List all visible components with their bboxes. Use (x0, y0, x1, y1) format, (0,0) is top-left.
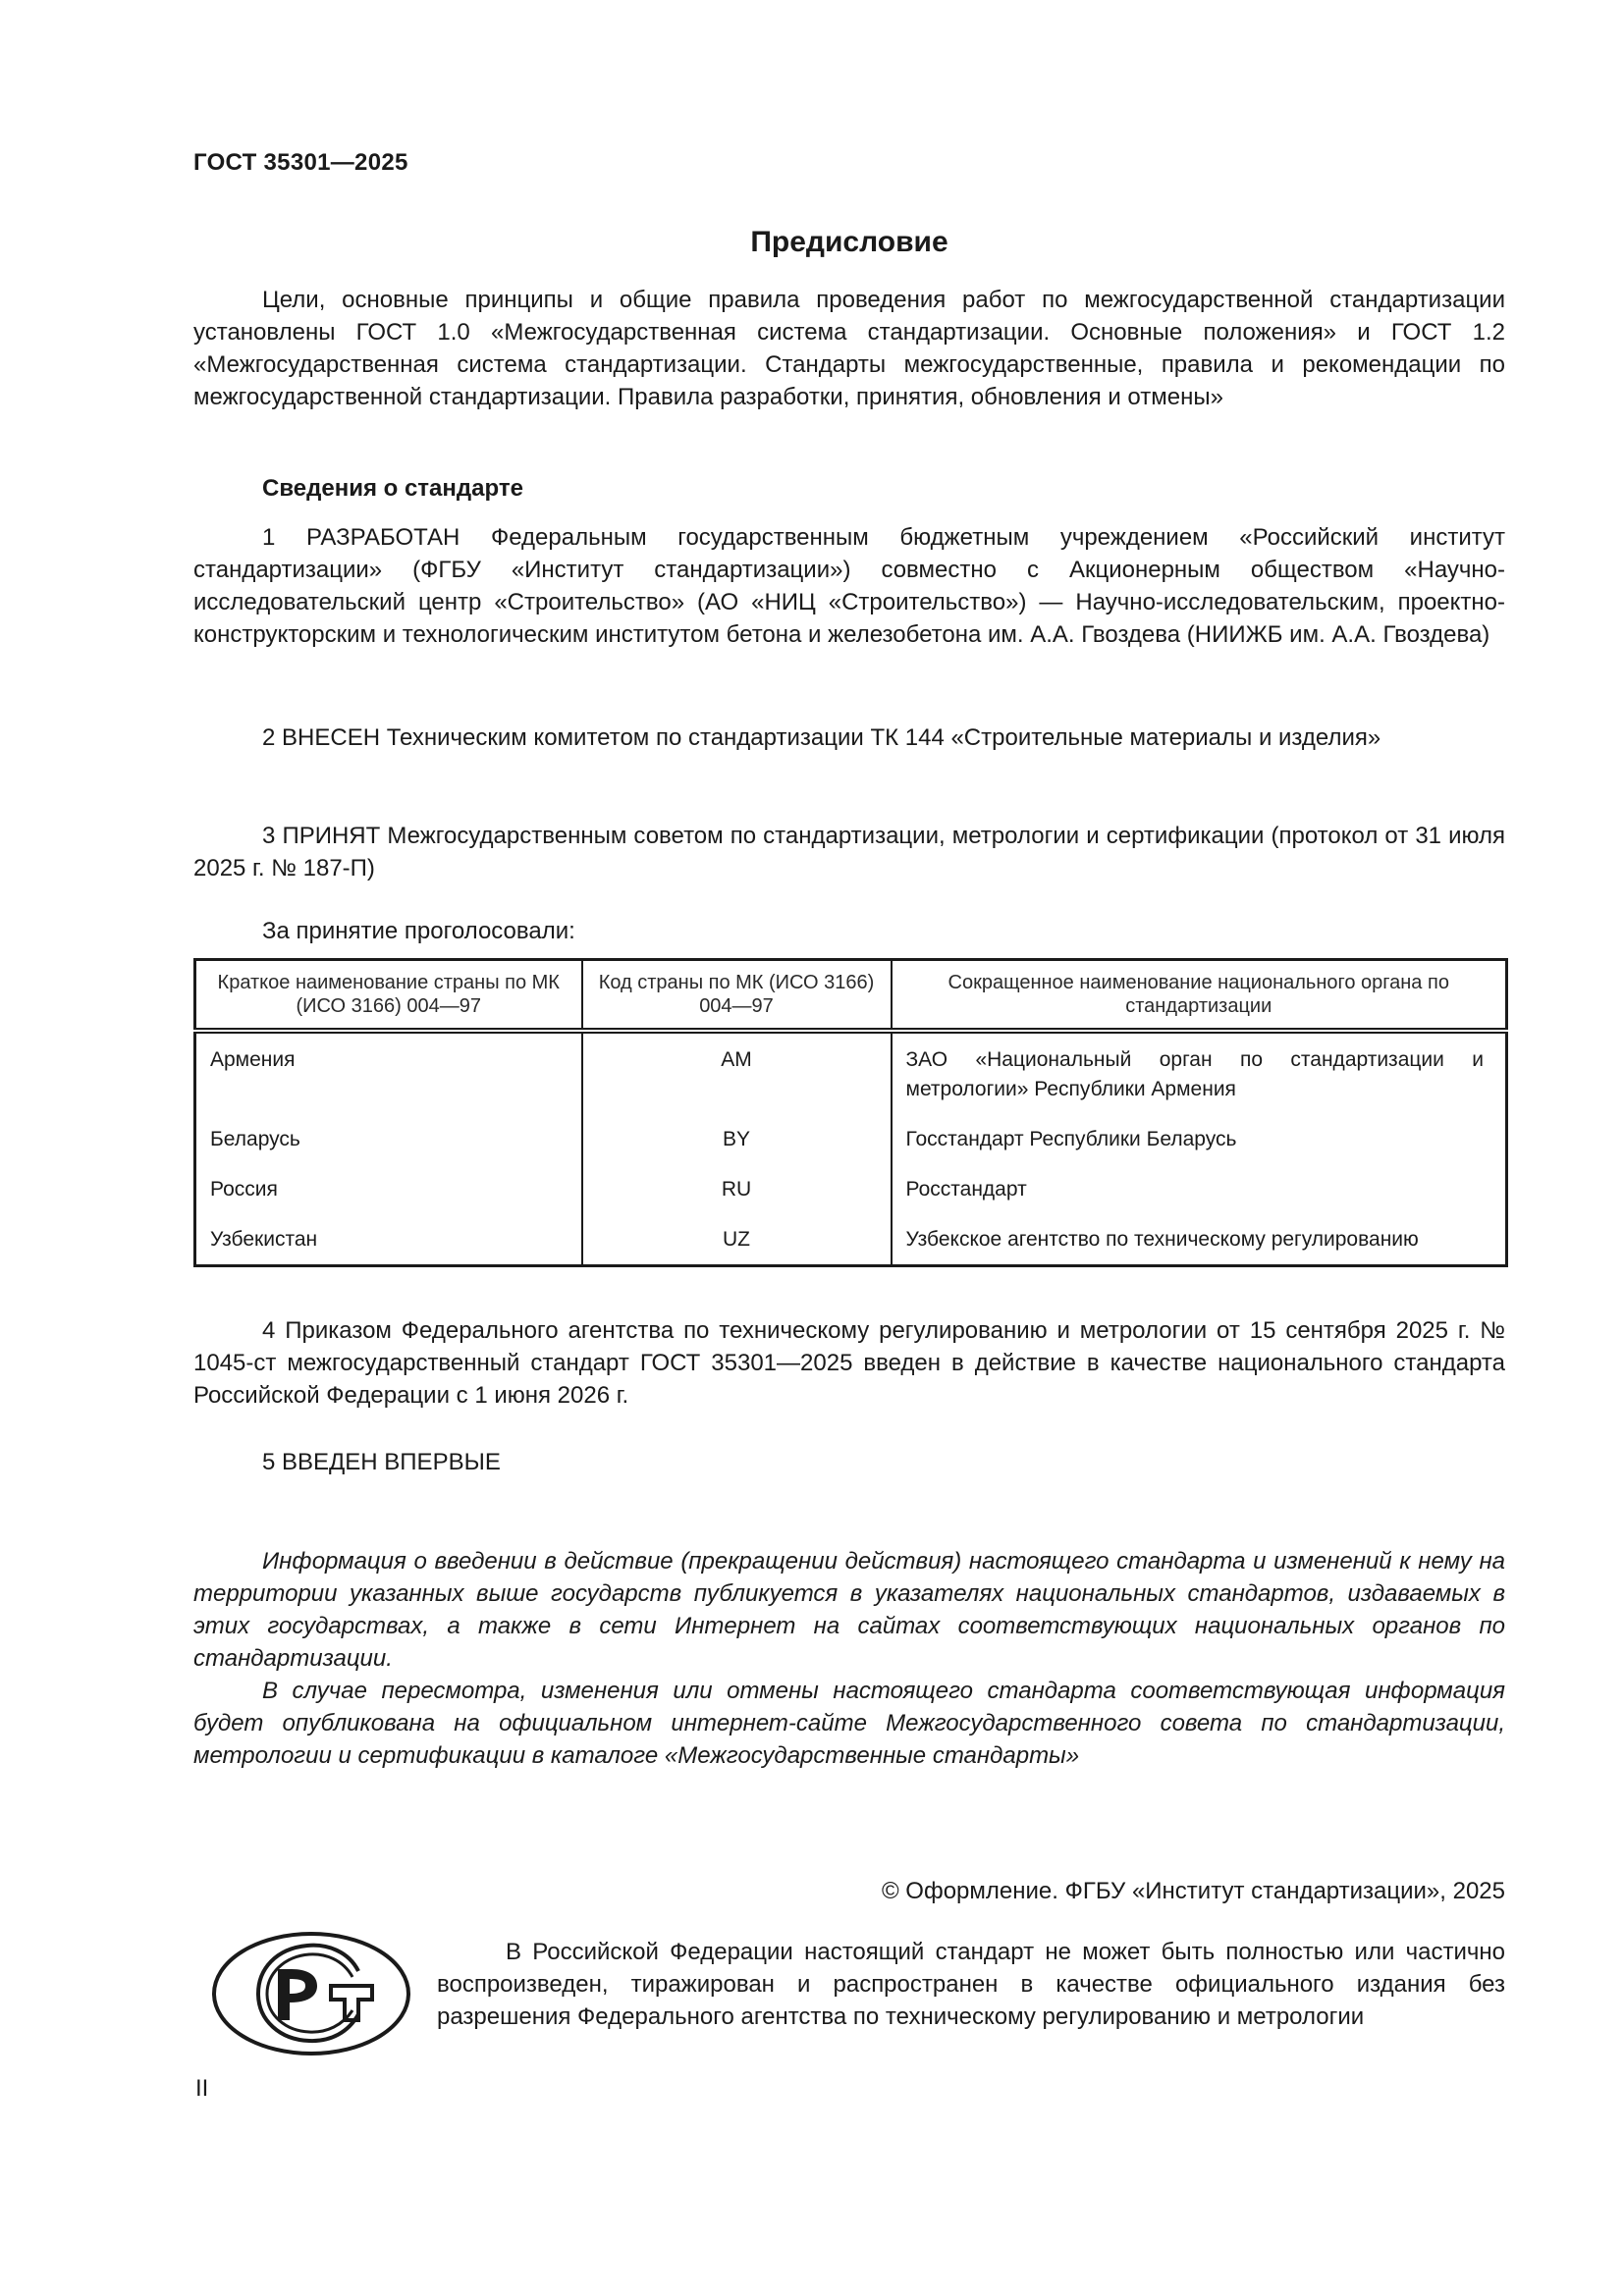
country-cell: Россия (195, 1172, 582, 1222)
country-cell: Армения (195, 1031, 582, 1122)
country-cell: Узбекистан (195, 1222, 582, 1266)
body-cell: ЗАО «Национальный орган по стандартизаци… (892, 1031, 1507, 1122)
page-number: II (195, 2075, 208, 2103)
reproduction-notice: В Российской Федерации настоящий стандар… (437, 1936, 1505, 2033)
table-row: Армения AM ЗАО «Национальный орган по ст… (195, 1031, 1507, 1122)
gost-r-certification-mark-icon (211, 1930, 411, 2057)
item-adopted: 3 ПРИНЯТ Межгосударственным советом по с… (193, 820, 1505, 884)
document-code: ГОСТ 35301—2025 (193, 149, 408, 177)
info-note-publication: Информация о введении в действие (прекра… (193, 1545, 1505, 1675)
item-enacted: 4 Приказом Федерального агентства по тех… (193, 1314, 1505, 1412)
code-cell: BY (582, 1122, 892, 1172)
table-row: Беларусь BY Госстандарт Республики Белар… (195, 1122, 1507, 1172)
votes-caption: За принятие проголосовали: (262, 918, 575, 945)
item-submitted: 2 ВНЕСЕН Техническим комитетом по станда… (193, 721, 1505, 754)
body-cell: Узбекское агентство по техническому регу… (892, 1222, 1507, 1266)
info-note-revision: В случае пересмотра, изменения или отмен… (193, 1675, 1505, 1772)
column-header-code: Код страны по МК (ИСО 3166) 004—97 (582, 960, 892, 1032)
body-cell: Росстандарт (892, 1172, 1507, 1222)
country-cell: Беларусь (195, 1122, 582, 1172)
votes-table: Краткое наименование страны по МК (ИСО 3… (193, 958, 1508, 1267)
foreword-intro: Цели, основные принципы и общие правила … (193, 284, 1505, 413)
column-header-body: Сокращенное наименование национального о… (892, 960, 1507, 1032)
page-title: Предисловие (193, 226, 1505, 259)
section-title: Сведения о стандарте (262, 475, 523, 503)
item-first-introduced: 5 ВВЕДЕН ВПЕРВЫЕ (193, 1446, 1505, 1478)
body-cell: Госстандарт Республики Беларусь (892, 1122, 1507, 1172)
copyright: © Оформление. ФГБУ «Институт стандартиза… (193, 1878, 1505, 1905)
column-header-country: Краткое наименование страны по МК (ИСО 3… (195, 960, 582, 1032)
code-cell: UZ (582, 1222, 892, 1266)
table-row: Россия RU Росстандарт (195, 1172, 1507, 1222)
table-row: Узбекистан UZ Узбекское агентство по тех… (195, 1222, 1507, 1266)
code-cell: RU (582, 1172, 892, 1222)
code-cell: AM (582, 1031, 892, 1122)
item-developed: 1 РАЗРАБОТАН Федеральным государственным… (193, 521, 1505, 651)
